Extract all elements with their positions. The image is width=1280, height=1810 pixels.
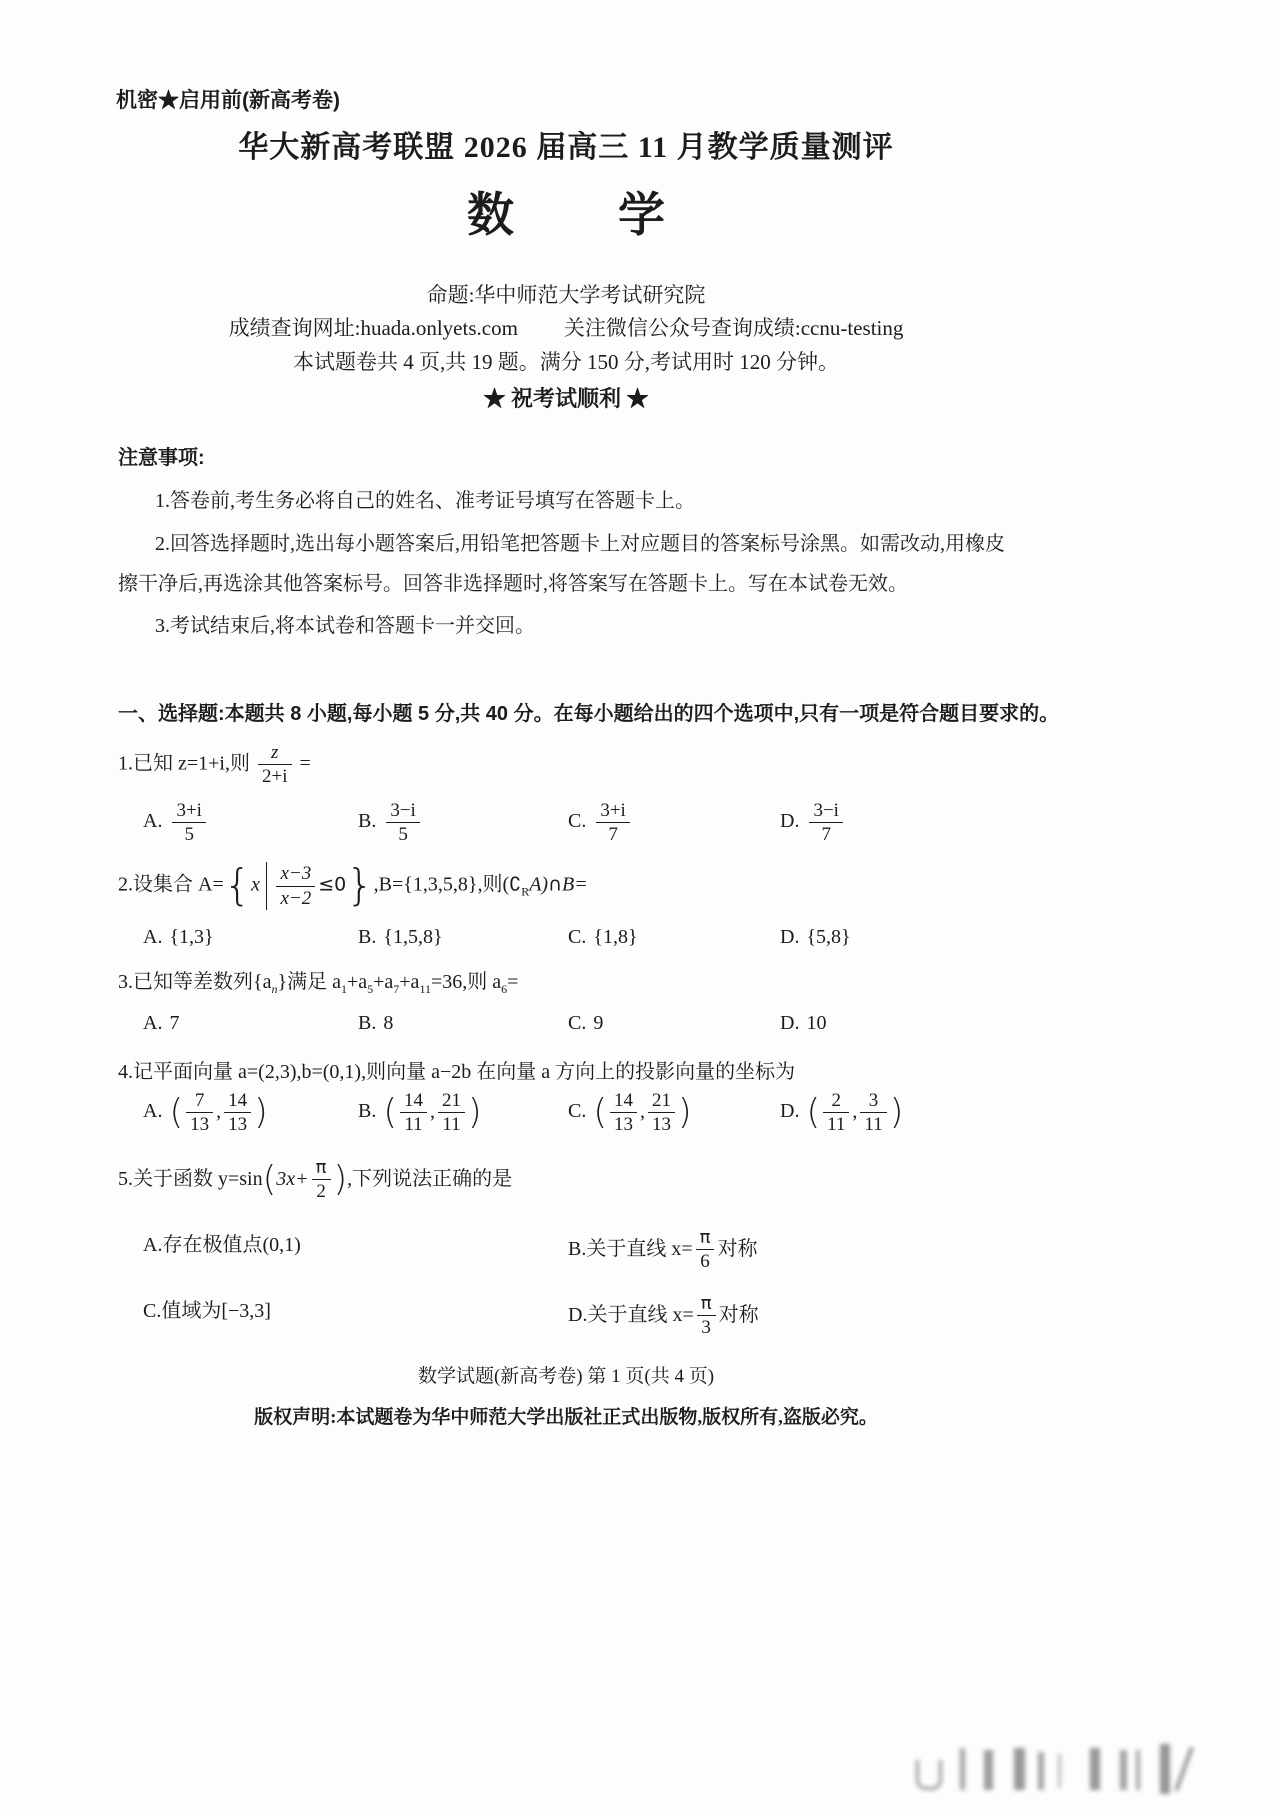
query-line: 成绩查询网址:huada.onlyets.com关注微信公众号查询成绩:ccnu… [0, 312, 1132, 342]
q5-option-b: B.关于直线 x=π6对称 [568, 1228, 757, 1272]
q5-inner-expression: 3x+ [276, 1168, 308, 1190]
q1-stem-text: 1.已知 z=1+i,则 [118, 752, 250, 774]
wish-line: ★ 祝考试顺利 ★ [0, 382, 1132, 413]
fraction: 1413 [610, 1090, 637, 1136]
q5-option-d: D.关于直线 x=π3对称 [568, 1294, 759, 1338]
q2-option-c: C.{1,8} [568, 926, 638, 949]
exam-paper-page: 机密★启用前(新高考卷) 华大新高考联盟 2026 届高三 11 月教学质量测评… [0, 0, 1280, 1810]
q5-stem-text: 5.关于函数 y=sin [118, 1168, 263, 1190]
q2-option-d: D.{5,8} [780, 926, 851, 949]
notice-heading: 注意事项: [118, 441, 1188, 470]
fraction: 713 [186, 1090, 213, 1136]
q1-fraction: z2+i [258, 742, 292, 788]
fraction: π6 [696, 1228, 715, 1272]
question-4-options: A.(713,1413) B.(1411,2111) C.(1413,2113)… [0, 1090, 1280, 1154]
q2-condition: ≤0 [318, 874, 346, 896]
q2-option-b: B.{1,5,8} [358, 926, 443, 949]
question-5-stem: 5.关于函数 y=sin(3x+π2),下列说法正确的是 [118, 1158, 1188, 1202]
question-5-options-row-2: C.值域为[−3,3] D.关于直线 x=π3对称 [0, 1294, 1280, 1354]
fraction: 2113 [648, 1090, 675, 1136]
subject-title: 数学 [0, 178, 1132, 245]
fraction: 311 [860, 1090, 886, 1136]
q5-option-a: A.存在极值点(0,1) [143, 1228, 301, 1257]
classification-banner: 机密★启用前(新高考卷) [116, 84, 340, 114]
notice-item-2-line-2: 擦干净后,再选涂其他答案标号。回答非选择题时,将答案写在答题卡上。写在本试卷无效… [118, 567, 1188, 596]
fraction: 3+i7 [596, 800, 630, 846]
question-3-stem: 3.已知等差数列{an}满足 a1+a5+a7+a11=36,则 a6= [118, 965, 1188, 997]
question-2-options: A.{1,3} B.{1,5,8} C.{1,8} D.{5,8} [0, 926, 1280, 958]
question-5-options-row-1: A.存在极值点(0,1) B.关于直线 x=π6对称 [0, 1228, 1280, 1288]
q2-option-a: A.{1,3} [143, 926, 214, 949]
q4-option-d: D.(211,311) [780, 1090, 903, 1136]
fraction: 211 [823, 1090, 849, 1136]
q1-option-c: C.3+i7 [568, 800, 633, 846]
q3-option-c: C.9 [568, 1012, 603, 1035]
fraction: π3 [697, 1294, 716, 1338]
exam-title: 华大新高考联盟 2026 届高三 11 月教学质量测评 [0, 122, 1132, 166]
q3-stem-text: 3.已知等差数列{a [118, 971, 271, 993]
fraction: 1413 [224, 1090, 251, 1136]
q2-stem-mid: ,B={1,3,5,8},则( [374, 874, 509, 896]
question-1-options: A.3+i5 B.3−i5 C.3+i7 D.3−i7 [0, 800, 1280, 860]
fraction: 2111 [438, 1090, 465, 1136]
section-1-heading: 一、选择题:本题共 8 小题,每小题 5 分,共 40 分。在每小题给出的四个选… [118, 697, 1188, 726]
right-paren: ) [334, 1160, 348, 1200]
fraction: 1411 [400, 1090, 427, 1136]
q3-option-b: B.8 [358, 1012, 393, 1035]
q3-option-a: A.7 [143, 1012, 179, 1035]
footer-copyright: 版权声明:本试题卷为华中师范大学出版社正式出版物,版权所有,盗版必究。 [0, 1402, 1132, 1429]
fraction: 3−i7 [809, 800, 843, 846]
subject-char-2: 学 [618, 190, 665, 242]
question-1-stem: 1.已知 z=1+i,则 z2+i = [118, 742, 1188, 788]
q2-set-variable: x [251, 874, 260, 896]
q3-option-d: D.10 [780, 1012, 826, 1035]
footer-page-label: 数学试题(新高考卷) 第 1 页(共 4 页) [0, 1361, 1132, 1388]
set-divider-bar [266, 862, 268, 910]
notice-item-3: 3.考试结束后,将本试卷和答题卡一并交回。 [155, 609, 1185, 638]
proposer-line: 命题:华中师范大学考试研究院 [0, 279, 1132, 309]
q5-stem-post: ,下列说法正确的是 [347, 1168, 512, 1190]
q4-option-a: A.(713,1413) [143, 1090, 268, 1136]
question-2-stem: 2.设集合 A={xx−3x−2≤0},B={1,3,5,8},则(∁RA)∩B… [118, 862, 1188, 910]
fraction: 3−i5 [386, 800, 420, 846]
question-3-options: A.7 B.8 C.9 D.10 [0, 1012, 1280, 1044]
q2-stem-text: 2.设集合 A= [118, 874, 224, 896]
q5-option-c: C.值域为[−3,3] [143, 1294, 271, 1323]
paper-info-line: 本试题卷共 4 页,共 19 题。满分 150 分,考试用时 120 分钟。 [0, 346, 1132, 376]
q2-after-sub: A) [529, 874, 548, 896]
complement-symbol: ∁ [509, 874, 521, 896]
scan-smudge-artifact [898, 1744, 1214, 1798]
q1-stem-equals: = [300, 752, 311, 774]
subject-char-1: 数 [467, 190, 514, 242]
notice-item-2-line-1: 2.回答选择题时,选出每小题答案后,用铅笔把答题卡上对应题目的答案标号涂黑。如需… [155, 527, 1185, 556]
right-brace: } [346, 861, 373, 911]
q2-stem-end: B= [562, 874, 588, 896]
q1-option-b: B.3−i5 [358, 800, 423, 846]
left-paren: ( [263, 1160, 277, 1200]
fraction: 3+i5 [172, 800, 206, 846]
q1-option-a: A.3+i5 [143, 800, 209, 846]
left-brace: { [224, 861, 251, 911]
wechat-query: 关注微信公众号查询成绩:ccnu-testing [564, 316, 903, 340]
q1-option-d: D.3−i7 [780, 800, 846, 846]
question-4-stem: 4.记平面向量 a=(2,3),b=(0,1),则向量 a−2b 在向量 a 方… [118, 1055, 1188, 1084]
q2-fraction: x−3x−2 [276, 863, 315, 909]
q5-fraction: π2 [312, 1158, 331, 1202]
q4-option-b: B.(1411,2111) [358, 1090, 482, 1136]
intersect-symbol: ∩ [548, 874, 562, 896]
q4-option-c: C.(1413,2113) [568, 1090, 692, 1136]
notice-item-1: 1.答卷前,考生务必将自己的姓名、准考证号填写在答题卡上。 [155, 484, 1185, 513]
score-query-url: 成绩查询网址:huada.onlyets.com [229, 316, 518, 340]
